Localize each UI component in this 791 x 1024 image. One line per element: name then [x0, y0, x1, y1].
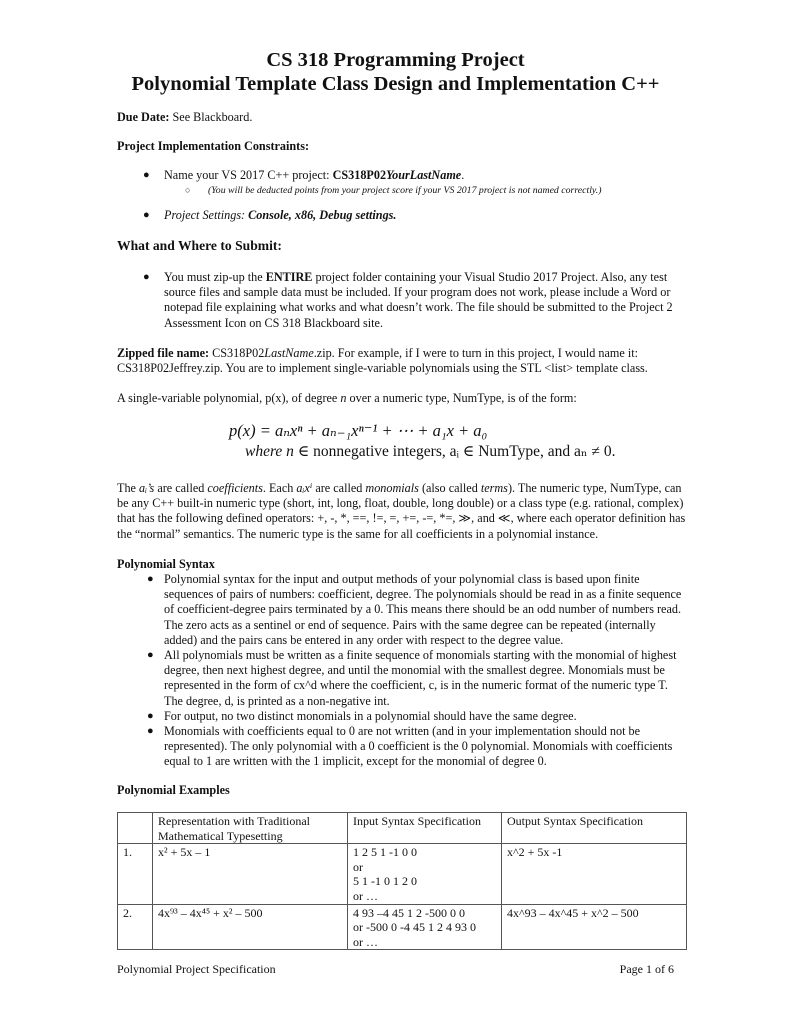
bullet-icon: ●	[147, 724, 154, 739]
table-row: 2. 4x⁹³ – 4x⁴⁵ + x² – 500 4 93 –4 45 1 2…	[118, 904, 687, 950]
table-header-cell	[118, 813, 153, 844]
polynomial-formula: p(x) = aₙxⁿ + aₙ₋₁xⁿ⁻¹ + ⋯ + a₁x + a₀	[229, 421, 487, 441]
list-item: ● For output, no two distinct monomials …	[117, 709, 687, 724]
table-header-cell: Output Syntax Specification	[502, 813, 687, 844]
row-math: 4x⁹³ – 4x⁴⁵ + x² – 500	[153, 904, 348, 950]
list-item: ● Polynomial syntax for the input and ou…	[117, 572, 687, 648]
coefficients-paragraph: The aᵢ’s are called coefficients. Each a…	[117, 481, 687, 542]
table-header-cell: Input Syntax Specification	[348, 813, 502, 844]
row-input: 4 93 –4 45 1 2 -500 0 0 or -500 0 -4 45 …	[348, 904, 502, 950]
zipped-file-paragraph: Zipped file name: CS318P02LastName.zip. …	[117, 346, 687, 376]
table-row: 1. x² + 5x – 1 1 2 5 1 -1 0 0 or 5 1 -1 …	[118, 844, 687, 904]
footer-title: Polynomial Project Specification	[117, 962, 276, 977]
examples-heading: Polynomial Examples	[117, 783, 687, 798]
row-input: 1 2 5 1 -1 0 0 or 5 1 -1 0 1 2 0 or …	[348, 844, 502, 904]
intro-paragraph: A single-variable polynomial, p(x), of d…	[117, 391, 687, 406]
syntax-list: ● Polynomial syntax for the input and ou…	[117, 572, 687, 770]
bullet-icon: ●	[143, 168, 150, 183]
bullet-icon: ●	[143, 208, 150, 223]
row-number: 1.	[118, 844, 153, 904]
submit-heading: What and Where to Submit:	[117, 238, 687, 253]
row-math: x² + 5x – 1	[153, 844, 348, 904]
due-date: Due Date: See Blackboard.	[117, 110, 687, 125]
row-output: 4x^93 – 4x^45 + x^2 – 500	[502, 904, 687, 950]
row-number: 2.	[118, 904, 153, 950]
list-item: ● Monomials with coefficients equal to 0…	[117, 724, 687, 770]
table-header-cell: Representation with Traditional Mathemat…	[153, 813, 348, 844]
document-page: CS 318 Programming Project Polynomial Te…	[0, 0, 791, 1024]
document-subtitle: Polynomial Template Class Design and Imp…	[0, 72, 791, 96]
row-output: x^2 + 5x -1	[502, 844, 687, 904]
due-date-value: See Blackboard.	[169, 110, 252, 124]
bullet-icon: ●	[143, 270, 150, 285]
bullet-icon: ●	[147, 648, 154, 663]
circle-bullet-icon: ○	[185, 183, 190, 198]
document-title: CS 318 Programming Project	[0, 48, 791, 72]
footer-page-number: Page 1 of 6	[620, 962, 674, 977]
examples-table: Representation with Traditional Mathemat…	[117, 812, 687, 950]
syntax-heading: Polynomial Syntax	[117, 557, 687, 572]
list-item: ● All polynomials must be written as a f…	[117, 648, 687, 709]
constraints-heading: Project Implementation Constraints:	[117, 139, 687, 154]
table-header-row: Representation with Traditional Mathemat…	[118, 813, 687, 844]
due-date-label: Due Date:	[117, 110, 169, 124]
bullet-icon: ●	[147, 709, 154, 724]
bullet-icon: ●	[147, 572, 154, 587]
polynomial-formula-condition: where n ∈ nonnegative integers, aᵢ ∈ Num…	[245, 442, 615, 462]
